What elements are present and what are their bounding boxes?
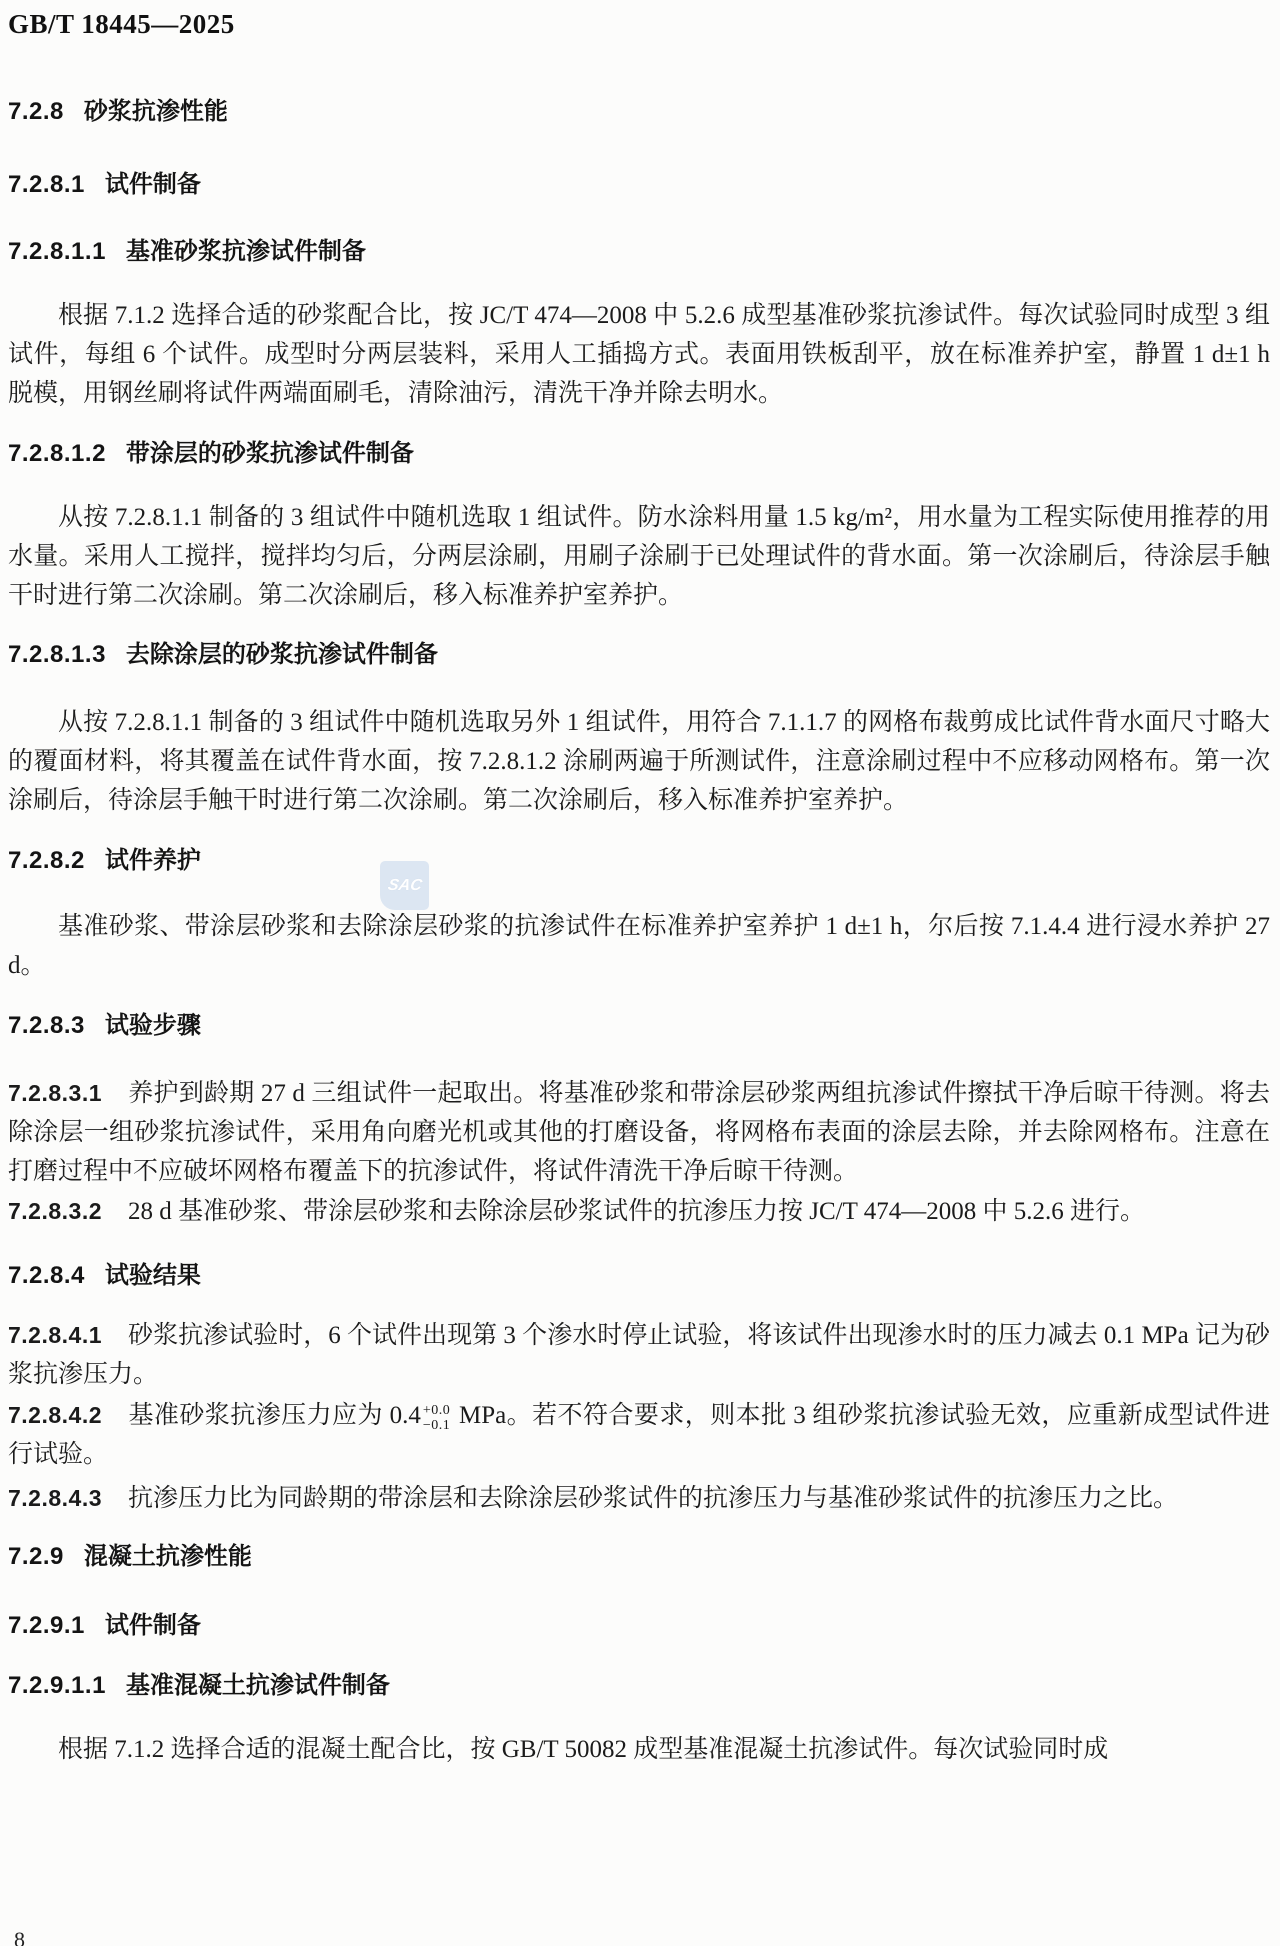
tolerance-upper: +0.0 (423, 1403, 450, 1418)
sac-watermark-text: SAC (386, 877, 423, 895)
heading-7-2-8-3-number: 7.2.8.3 (8, 1012, 85, 1039)
tolerance-stack: +0.0−0.1 (423, 1403, 450, 1433)
clause-7-2-8-4-1: 7.2.8.4.1砂浆抗渗试验时，6 个试件出现第 3 个渗水时停止试验，将该试… (8, 1316, 1270, 1394)
clause-7-2-8-4-3-text: 抗渗压力比为同龄期的带涂层和去除涂层砂浆试件的抗渗压力与基准砂浆试件的抗渗压力之… (128, 1485, 1178, 1512)
heading-7-2-8-2: 7.2.8.2试件养护 (8, 844, 1270, 878)
heading-7-2-9-title: 混凝土抗渗性能 (84, 1543, 252, 1570)
clause-7-2-8-3-2: 7.2.8.3.228 d 基准砂浆、带涂层砂浆和去除涂层砂浆试件的抗渗压力按 … (8, 1192, 1270, 1231)
heading-7-2-8-1-2-title: 带涂层的砂浆抗渗试件制备 (126, 440, 414, 467)
heading-7-2-9-1-1-number: 7.2.9.1.1 (8, 1672, 106, 1699)
heading-7-2-9-1-1: 7.2.9.1.1基准混凝土抗渗试件制备 (8, 1669, 1270, 1703)
heading-7-2-9-number: 7.2.9 (8, 1543, 64, 1570)
heading-7-2-8-1-1: 7.2.8.1.1基准砂浆抗渗试件制备 (8, 235, 1270, 269)
paragraph-base-concrete-specimen: 根据 7.1.2 选择合适的混凝土配合比，按 GB/T 50082 成型基准混凝… (8, 1730, 1270, 1769)
tolerance-lower: −0.1 (423, 1418, 450, 1433)
paragraph-specimen-curing: 基准砂浆、带涂层砂浆和去除涂层砂浆的抗渗试件在标准养护室养护 1 d±1 h，尔… (8, 907, 1270, 985)
heading-7-2-8-1-title: 试件制备 (105, 171, 201, 198)
heading-7-2-8-1-3-title: 去除涂层的砂浆抗渗试件制备 (126, 641, 438, 668)
heading-7-2-9-1-1-title: 基准混凝土抗渗试件制备 (126, 1672, 390, 1699)
heading-7-2-8-4: 7.2.8.4试验结果 (8, 1259, 1270, 1293)
heading-7-2-9-1: 7.2.9.1试件制备 (8, 1609, 1270, 1643)
clause-7-2-8-4-2-text-pre: 基准砂浆抗渗压力应为 0.4 (128, 1402, 421, 1429)
heading-7-2-8-4-title: 试验结果 (105, 1262, 201, 1289)
heading-7-2-8-1-1-title: 基准砂浆抗渗试件制备 (126, 238, 366, 265)
heading-7-2-8-4-number: 7.2.8.4 (8, 1262, 85, 1289)
clause-7-2-8-3-1: 7.2.8.3.1养护到龄期 27 d 三组试件一起取出。将基准砂浆和带涂层砂浆… (8, 1074, 1270, 1191)
heading-7-2-8-2-number: 7.2.8.2 (8, 847, 85, 874)
paragraph-coated-mortar-specimen: 从按 7.2.8.1.1 制备的 3 组试件中随机选取 1 组试件。防水涂料用量… (8, 498, 1270, 615)
clause-7-2-8-3-2-text: 28 d 基准砂浆、带涂层砂浆和去除涂层砂浆试件的抗渗压力按 JC/T 474—… (128, 1198, 1145, 1225)
clause-7-2-8-4-2: 7.2.8.4.2基准砂浆抗渗压力应为 0.4+0.0−0.1 MPa。若不符合… (8, 1396, 1270, 1474)
heading-7-2-8: 7.2.8砂浆抗渗性能 (8, 95, 1270, 129)
paragraph-base-mortar-specimen: 根据 7.1.2 选择合适的砂浆配合比，按 JC/T 474—2008 中 5.… (8, 296, 1270, 413)
heading-7-2-9-1-number: 7.2.9.1 (8, 1612, 85, 1639)
page-number: 8 (14, 1926, 25, 1946)
heading-7-2-8-2-title: 试件养护 (105, 847, 201, 874)
heading-7-2-8-1-number: 7.2.8.1 (8, 171, 85, 198)
clause-7-2-8-3-1-number: 7.2.8.3.1 (8, 1080, 102, 1106)
clause-7-2-8-3-1-text: 养护到龄期 27 d 三组试件一起取出。将基准砂浆和带涂层砂浆两组抗渗试件擦拭干… (8, 1080, 1270, 1185)
heading-7-2-8-1: 7.2.8.1试件制备 (8, 168, 1270, 202)
heading-7-2-9: 7.2.9混凝土抗渗性能 (8, 1540, 1270, 1574)
paragraph-coating-removed-specimen: 从按 7.2.8.1.1 制备的 3 组试件中随机选取另外 1 组试件，用符合 … (8, 703, 1270, 820)
heading-7-2-8-3: 7.2.8.3试验步骤 (8, 1009, 1270, 1043)
standard-number-header: GB/T 18445—2025 (8, 8, 1270, 41)
clause-7-2-8-4-1-number: 7.2.8.4.1 (8, 1322, 102, 1348)
heading-7-2-8-title: 砂浆抗渗性能 (84, 98, 228, 125)
heading-7-2-8-3-title: 试验步骤 (105, 1012, 201, 1039)
heading-7-2-8-1-2-number: 7.2.8.1.2 (8, 440, 106, 467)
clause-7-2-8-3-2-number: 7.2.8.3.2 (8, 1198, 102, 1224)
heading-7-2-9-1-title: 试件制备 (105, 1612, 201, 1639)
clause-7-2-8-4-1-text: 砂浆抗渗试验时，6 个试件出现第 3 个渗水时停止试验，将该试件出现渗水时的压力… (8, 1322, 1270, 1388)
clause-7-2-8-4-3-number: 7.2.8.4.3 (8, 1485, 102, 1511)
heading-7-2-8-1-1-number: 7.2.8.1.1 (8, 238, 106, 265)
heading-7-2-8-number: 7.2.8 (8, 98, 64, 125)
clause-7-2-8-4-2-number: 7.2.8.4.2 (8, 1402, 102, 1428)
heading-7-2-8-1-2: 7.2.8.1.2带涂层的砂浆抗渗试件制备 (8, 437, 1270, 471)
clause-7-2-8-4-3: 7.2.8.4.3抗渗压力比为同龄期的带涂层和去除涂层砂浆试件的抗渗压力与基准砂… (8, 1479, 1270, 1518)
document-page: GB/T 18445—2025 7.2.8砂浆抗渗性能 7.2.8.1试件制备 … (0, 0, 1280, 1946)
heading-7-2-8-1-3-number: 7.2.8.1.3 (8, 641, 106, 668)
heading-7-2-8-1-3: 7.2.8.1.3去除涂层的砂浆抗渗试件制备 (8, 638, 1270, 672)
